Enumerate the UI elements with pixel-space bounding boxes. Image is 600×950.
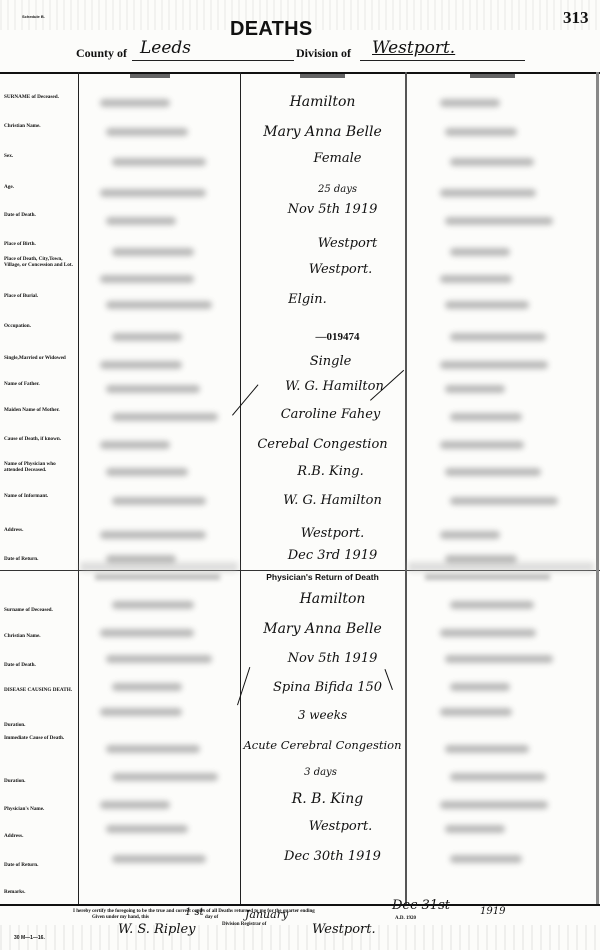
entry-mother: Caroline Fahey xyxy=(248,408,413,422)
redacted-handwriting xyxy=(445,217,553,225)
entry-address: Westport. xyxy=(250,527,415,541)
redacted-section-title xyxy=(425,574,550,580)
redacted-handwriting xyxy=(450,497,558,505)
phys-disease: Spina Bifida 150 xyxy=(245,681,410,695)
row-label: Date of Death. xyxy=(4,213,76,219)
row-label: Sex. xyxy=(4,154,76,160)
physicians-return-title: Physician's Return of Death xyxy=(240,572,405,582)
redacted-band xyxy=(408,562,594,572)
redacted-handwriting xyxy=(112,333,182,341)
row-label: Christian Name. xyxy=(4,634,76,640)
redacted-handwriting xyxy=(445,555,517,563)
quarter-year: 1919 xyxy=(480,906,505,917)
redacted-handwriting xyxy=(440,99,500,107)
certification-day-value: 1 st xyxy=(185,907,204,918)
column-header-redacted xyxy=(470,74,515,78)
page-number: 313 xyxy=(563,8,589,28)
entry-surname: Hamilton xyxy=(240,95,405,109)
row-label: Cause of Death, if known. xyxy=(4,437,76,443)
redacted-handwriting xyxy=(106,217,176,225)
redacted-handwriting xyxy=(100,629,194,637)
redacted-handwriting xyxy=(450,601,534,609)
redacted-handwriting xyxy=(440,361,548,369)
phys-immediate-duration: 3 days xyxy=(238,766,403,780)
column-header xyxy=(300,74,345,78)
entry-informant: W. G. Hamilton xyxy=(250,494,415,508)
row-label: Date of Return. xyxy=(4,863,76,869)
redacted-handwriting xyxy=(100,708,182,716)
redacted-handwriting xyxy=(112,413,218,421)
redacted-handwriting xyxy=(112,248,194,256)
redacted-handwriting xyxy=(100,531,206,539)
row-label: Duration. xyxy=(4,779,76,785)
entry-sex: Female xyxy=(255,152,420,166)
redacted-handwriting xyxy=(100,189,206,197)
redacted-handwriting xyxy=(112,773,218,781)
phys-date-of-death: Nov 5th 1919 xyxy=(250,652,415,666)
table-bottom-rule xyxy=(0,904,600,906)
redacted-handwriting xyxy=(445,825,505,833)
row-label: Age. xyxy=(4,185,76,191)
entry-place-of-birth: Westport xyxy=(265,237,430,251)
certification-day-label: day of xyxy=(205,915,218,920)
phys-immediate-cause: Acute Cerebral Congestion xyxy=(240,738,405,752)
phys-christian-name: Mary Anna Belle xyxy=(240,622,405,636)
row-label: Occupation. xyxy=(4,324,76,330)
row-label: Date of Death. xyxy=(4,663,76,669)
entry-date-of-death: Nov 5th 1919 xyxy=(250,203,415,217)
redacted-handwriting xyxy=(445,301,529,309)
redacted-handwriting xyxy=(106,468,188,476)
redacted-handwriting xyxy=(112,855,206,863)
row-label: Remarks. xyxy=(4,890,76,896)
county-label: County of xyxy=(76,46,127,61)
redacted-handwriting xyxy=(440,801,548,809)
redacted-handwriting xyxy=(112,497,206,505)
row-label: Place of Death, City,Town, Village, or C… xyxy=(4,257,76,268)
row-label: Maiden Name of Mother. xyxy=(4,408,76,414)
row-label: DISEASE CAUSING DEATH. xyxy=(4,688,76,694)
registrar-division: Westport. xyxy=(312,922,376,937)
entry-marital-status: Single xyxy=(248,355,413,369)
row-label: Address. xyxy=(4,528,76,534)
redacted-handwriting xyxy=(440,531,500,539)
entry-physician: R.B. King. xyxy=(248,465,413,479)
entry-place-of-burial: Elgin. xyxy=(225,293,390,307)
phys-address: Westport. xyxy=(258,820,423,834)
entry-date-of-return: Dec 3rd 1919 xyxy=(250,549,415,563)
redacted-handwriting xyxy=(106,301,212,309)
register-page: Schedule B. DEATHS 313 County of Leeds D… xyxy=(0,0,600,950)
row-label: Name of Informant. xyxy=(4,494,76,500)
redacted-handwriting xyxy=(112,683,182,691)
redacted-handwriting xyxy=(440,629,536,637)
schedule-label: Schedule B. xyxy=(22,14,45,19)
page-title: DEATHS xyxy=(230,18,313,41)
redacted-handwriting xyxy=(450,683,510,691)
page-edge xyxy=(596,72,599,904)
redacted-handwriting xyxy=(112,158,206,166)
redacted-handwriting xyxy=(100,441,170,449)
certification-month: January xyxy=(245,908,288,921)
row-label: Date of Return. xyxy=(4,557,76,563)
row-label: Immediate Cause of Death. xyxy=(4,736,76,742)
redacted-handwriting xyxy=(106,655,212,663)
row-label: Physician's Name. xyxy=(4,807,76,813)
redacted-handwriting xyxy=(445,128,517,136)
row-label: Place of Burial. xyxy=(4,294,76,300)
form-code: 30 M—1—16. xyxy=(14,935,45,941)
redacted-handwriting xyxy=(440,708,512,716)
entry-christian-name: Mary Anna Belle xyxy=(240,125,405,139)
row-label: Surname of Deceased. xyxy=(4,608,76,614)
division-value: Westport. xyxy=(372,38,455,58)
redacted-section-title xyxy=(95,574,220,580)
redacted-handwriting xyxy=(100,801,170,809)
row-label: Single,Married or Widowed xyxy=(4,356,76,362)
entry-cause-of-death: Cerebal Congestion xyxy=(240,438,405,452)
row-label: Address. xyxy=(4,834,76,840)
redacted-handwriting xyxy=(106,555,176,563)
entry-age: 25 days xyxy=(255,183,420,197)
row-label: Name of Physician who attended Deceased. xyxy=(4,462,76,473)
redacted-handwriting xyxy=(112,601,194,609)
column-header-redacted xyxy=(130,74,170,78)
registrar-signature: W. S. Ripley xyxy=(118,922,196,937)
redacted-handwriting xyxy=(445,745,529,753)
row-label: Name of Father. xyxy=(4,382,76,388)
phys-date-of-return: Dec 30th 1919 xyxy=(250,850,415,864)
division-underline xyxy=(360,60,525,61)
row-label: Christian Name. xyxy=(4,124,76,130)
redacted-handwriting xyxy=(100,361,182,369)
entry-place-of-death: Westport. xyxy=(258,263,423,277)
redacted-handwriting xyxy=(450,248,510,256)
row-label: SURNAME of Deceased. xyxy=(4,95,76,101)
redacted-handwriting xyxy=(106,385,200,393)
phys-physician-name: R. B. King xyxy=(245,792,410,806)
redacted-handwriting xyxy=(445,468,541,476)
redacted-handwriting xyxy=(106,745,200,753)
entry-father: W. G. Hamilton xyxy=(252,380,417,394)
redacted-band xyxy=(80,562,238,572)
certification-given: Given under my hand, this xyxy=(92,915,149,920)
quarter-end-date: Dec 31st xyxy=(392,898,450,913)
ad-year-label: A.D. 1920 xyxy=(395,916,416,921)
column-divider xyxy=(78,72,79,904)
redacted-handwriting xyxy=(450,333,546,341)
redacted-handwriting xyxy=(440,275,512,283)
redacted-handwriting xyxy=(450,855,522,863)
redacted-handwriting xyxy=(100,99,170,107)
redacted-handwriting xyxy=(100,275,194,283)
redacted-handwriting xyxy=(440,189,536,197)
registrar-label: Division Registrar of xyxy=(222,922,266,927)
redacted-handwriting xyxy=(440,441,524,449)
county-underline xyxy=(132,60,294,61)
phys-duration: 3 weeks xyxy=(240,708,405,722)
redacted-handwriting xyxy=(106,128,188,136)
redacted-handwriting xyxy=(106,825,188,833)
redacted-handwriting xyxy=(450,413,522,421)
scan-noise-bottom xyxy=(0,925,600,950)
redacted-handwriting xyxy=(445,385,505,393)
redacted-handwriting xyxy=(450,158,534,166)
county-value: Leeds xyxy=(140,38,191,58)
row-label: Duration. xyxy=(4,723,76,729)
redacted-handwriting xyxy=(445,655,553,663)
entry-occupation-stamp: —019474 xyxy=(255,330,420,344)
phys-surname: Hamilton xyxy=(250,592,415,606)
row-label: Place of Birth. xyxy=(4,242,76,248)
division-label: Division of xyxy=(296,46,351,61)
redacted-handwriting xyxy=(450,773,546,781)
